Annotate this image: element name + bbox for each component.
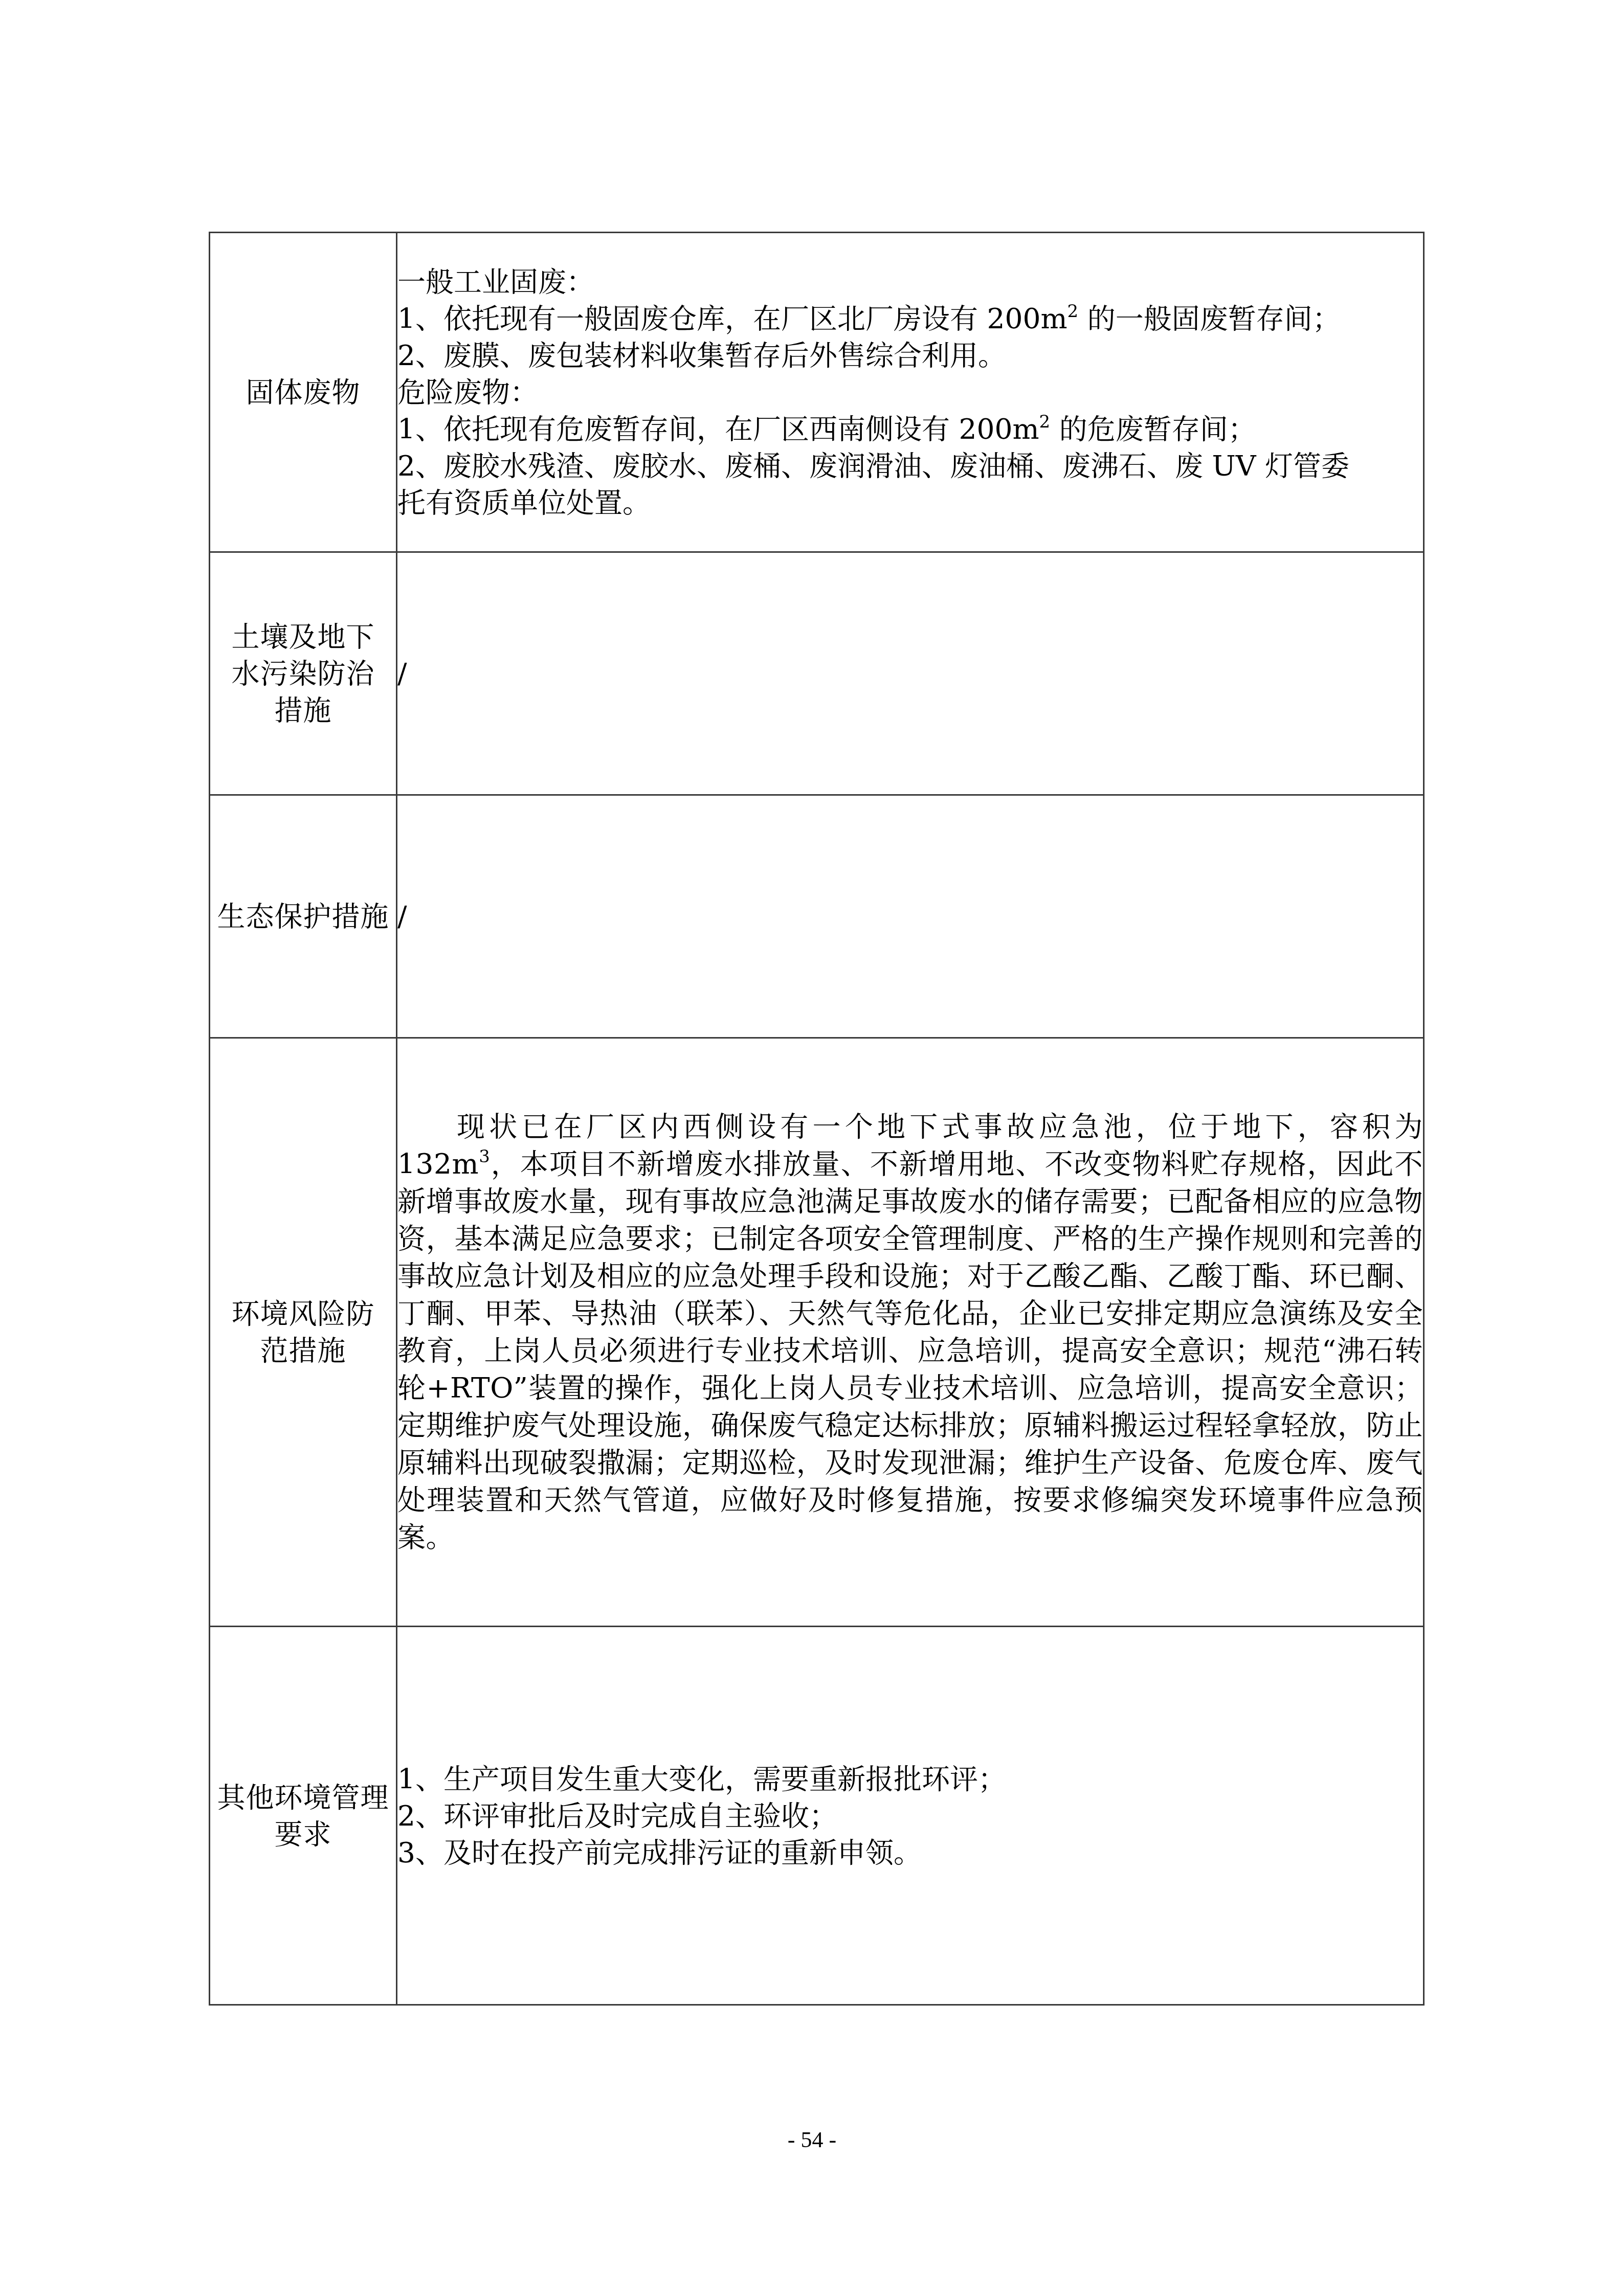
table-row-other-management: 其他环境管理要求 1、生产项目发生重大变化，需要重新报批环评； 2、环评审批后及…	[210, 1627, 1424, 2005]
content-text: 的危废暂存间；	[1050, 413, 1256, 445]
content-line: 1、生产项目发生重大变化，需要重新报批环评；	[397, 1761, 1423, 1797]
row-label: 土壤及地下水污染防治措施	[227, 618, 380, 729]
row-content-cell: 一般工业固废： 1、依托现有一般固废仓库，在厂区北厂房设有 200m2 的一般固…	[397, 233, 1424, 552]
content-line: 3、及时在投产前完成排污证的重新申领。	[397, 1834, 1423, 1871]
content-line: 危险废物：	[397, 374, 1423, 411]
content-line: 1、依托现有一般固废仓库，在厂区北厂房设有 200m2 的一般固废暂存间；	[397, 300, 1423, 337]
content-line: 1、依托现有危废暂存间，在厂区西南侧设有 200m2 的危废暂存间；	[397, 411, 1423, 447]
superscript: 3	[479, 1146, 490, 1167]
content-line: 2、废膜、废包装材料收集暂存后外售综合利用。	[397, 337, 1423, 374]
row-label-cell: 生态保护措施	[210, 795, 397, 1038]
table-row-environmental-risk: 环境风险防范措施 现状已在厂区内西侧设有一个地下式事故应急池，位于地下，容积为 …	[210, 1038, 1424, 1627]
table-row-soil-groundwater: 土壤及地下水污染防治措施 /	[210, 552, 1424, 795]
empty-value-slash: /	[397, 900, 407, 933]
row-label-cell: 其他环境管理要求	[210, 1627, 397, 2005]
table-row-ecological-protection: 生态保护措施 /	[210, 795, 1424, 1038]
content-text: 1、依托现有危废暂存间，在厂区西南侧设有 200m	[397, 413, 1039, 445]
row-label-cell: 环境风险防范措施	[210, 1038, 397, 1627]
risk-measures-paragraph: 现状已在厂区内西侧设有一个地下式事故应急池，位于地下，容积为 132m3，本项目…	[397, 1108, 1423, 1556]
content-line: 一般工业固废：	[397, 263, 1423, 300]
row-content-cell: /	[397, 795, 1424, 1038]
content-line: 托有资质单位处置。	[397, 484, 1423, 521]
content-line: 2、废胶水残渣、废胶水、废桶、废润滑油、废油桶、废沸石、废 UV 灯管委	[397, 447, 1423, 484]
row-content-cell: 现状已在厂区内西侧设有一个地下式事故应急池，位于地下，容积为 132m3，本项目…	[397, 1038, 1424, 1627]
table-row-solid-waste: 固体废物 一般工业固废： 1、依托现有一般固废仓库，在厂区北厂房设有 200m2…	[210, 233, 1424, 552]
superscript: 2	[1039, 412, 1051, 432]
row-content-cell: /	[397, 552, 1424, 795]
content-text: 的一般固废暂存间；	[1078, 302, 1340, 335]
empty-value-slash: /	[397, 657, 407, 690]
row-label-cell: 土壤及地下水污染防治措施	[210, 552, 397, 795]
document-page: 固体废物 一般工业固废： 1、依托现有一般固废仓库，在厂区北厂房设有 200m2…	[0, 0, 1624, 2296]
row-label: 其他环境管理要求	[213, 1779, 393, 1853]
content-line: 2、环评审批后及时完成自主验收；	[397, 1797, 1423, 1834]
superscript: 2	[1067, 301, 1079, 322]
row-label-cell: 固体废物	[210, 233, 397, 552]
page-number: - 54 -	[0, 2127, 1624, 2153]
row-label: 环境风险防范措施	[227, 1295, 380, 1369]
row-label: 固体废物	[246, 374, 360, 411]
row-content-cell: 1、生产项目发生重大变化，需要重新报批环评； 2、环评审批后及时完成自主验收； …	[397, 1627, 1424, 2005]
content-text: 1、依托现有一般固废仓库，在厂区北厂房设有 200m	[397, 302, 1067, 335]
content-text: ，本项目不新增废水排放量、不新增用地、不改变物料贮存规格，因此不新增事故废水量，…	[397, 1147, 1423, 1554]
row-label: 生态保护措施	[217, 898, 389, 935]
environmental-measures-table: 固体废物 一般工业固废： 1、依托现有一般固废仓库，在厂区北厂房设有 200m2…	[209, 232, 1425, 2006]
